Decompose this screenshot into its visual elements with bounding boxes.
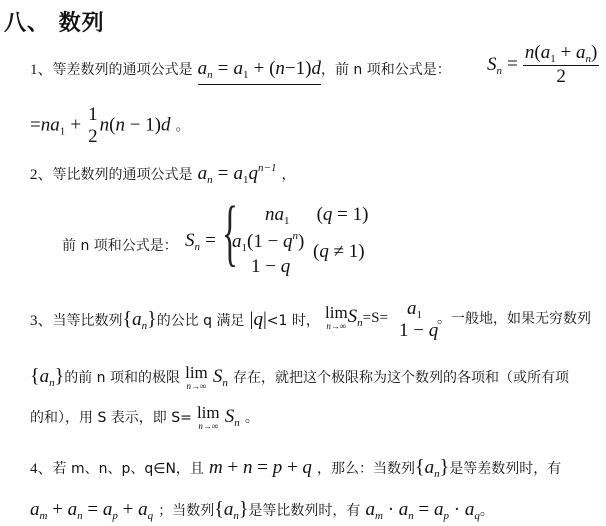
formula-limit-sum: limn→∞Sn=S=	[325, 304, 388, 331]
section-title: 八、 数列	[4, 6, 105, 37]
formula-limit-frac-den: 1 − q	[399, 320, 438, 342]
formula-limit-frac-num: a1	[407, 298, 422, 321]
item-text: ，前 n 项和公式是：	[321, 62, 451, 78]
item-3-line-1: 3、当等比数列{an}的公比 q 满足 |q|<1 时，	[30, 308, 320, 332]
piecewise-case-2-condition: (q ≠ 1)	[313, 241, 365, 263]
item-4-line-2: am + an = ap + aq ；当数列{an}是等比数列时，有 am · …	[30, 498, 494, 522]
item-1-line-1: 1、等差数列的通项公式是 an = a1 + (n−1)d，前 n 项和公式是：	[30, 58, 451, 81]
piecewise-case-2-denominator: 1 − q	[251, 256, 290, 278]
item-number: 2、	[30, 167, 53, 183]
item-3-text-d: 。一般地，如果无穷数列	[437, 308, 591, 328]
formula-geometric-general-term: an = a1qn−1	[198, 164, 277, 183]
item-2-line-1: 2、等比数列的通项公式是 an = a1qn−1 ，	[30, 162, 296, 186]
item-number: 4、	[30, 461, 53, 477]
formula-arithmetic-sum: Sn = n(a1 + an)2	[487, 42, 599, 88]
item-2-sum-label: 前 n 项和公式是：	[62, 235, 178, 255]
item-number: 3、	[30, 313, 53, 329]
item-3-line-3: 的和），用 S 表示，即 S= limn→∞ Sn 。	[30, 404, 259, 431]
piecewise-case-2-numerator: a1(1 − qn)	[232, 230, 304, 254]
item-number: 1、	[30, 62, 53, 78]
piecewise-case-1: na1 (q = 1)	[245, 204, 368, 227]
item-4-line-1: 4、若 m、n、p、q∈N，且 m + n = p + q ，那么：当数列{an…	[30, 456, 561, 480]
formula-geometric-sum-lhs: Sn =	[185, 230, 216, 253]
item-3-line-2: {an}的前 n 项和的极限 limn→∞ Sn 存在，就把这个极限称为这个数列…	[30, 364, 569, 391]
formula-arithmetic-general-term: an = a1 + (n−1)d	[198, 59, 321, 85]
item-text: 等差数列的通项公式是	[53, 62, 193, 78]
formula-arithmetic-sum-alt: =na1 + 12n(n − 1)d 。	[30, 104, 190, 148]
